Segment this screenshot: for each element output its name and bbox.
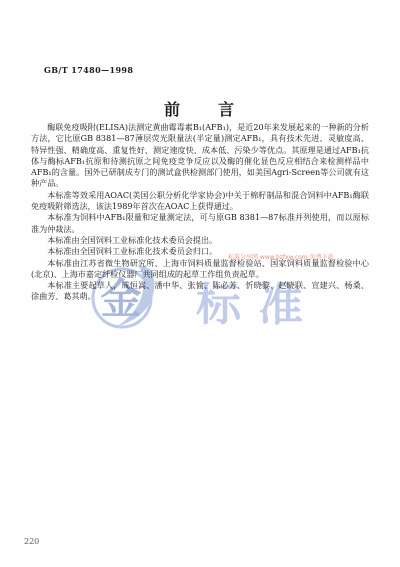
foreword-paragraph: 酶联免疫吸附(ELISA)法测定黄曲霉毒素B₁(AFB₁)，是近20年来发展起来… — [31, 122, 369, 190]
page-number: 220 — [24, 537, 39, 546]
foreword-paragraph: 本标准等效采用AOAC(美国公职分析化学家协会)中关于棉籽制品和混合饲料中AFB… — [31, 190, 369, 213]
document-page: GB/T 17480—1998 前 言 酶联免疫吸附(ELISA)法测定黄曲霉毒… — [0, 0, 400, 567]
foreword-paragraph: 本标准由江苏省微生物研究所、上海市饲料质量监督检验站、国家饲料质量监督检验中心(… — [31, 258, 369, 281]
standard-number-header: GB/T 17480—1998 — [44, 65, 133, 75]
foreword-paragraph: 本标准为饲料中AFB₁限量和定量测定法，可与原GB 8381—87标准并列使用，… — [31, 212, 369, 235]
foreword-title: 前 言 — [0, 97, 400, 120]
foreword-paragraph: 本标准主要起草人，成恒嵩、潘中华、张愉、陈必芳、忻晓黎、赵晓联、宣建兴、杨桑、徐… — [31, 280, 369, 303]
foreword-body: 酶联免疫吸附(ELISA)法测定黄曲霉毒素B₁(AFB₁)，是近20年来发展起来… — [31, 122, 369, 303]
foreword-paragraph: 本标准由全国饲料工业标准化技术委员会提出。 — [31, 235, 369, 246]
foreword-paragraph: 本标准由全国饲料工业标准化技术委员会归口。 — [31, 246, 369, 257]
